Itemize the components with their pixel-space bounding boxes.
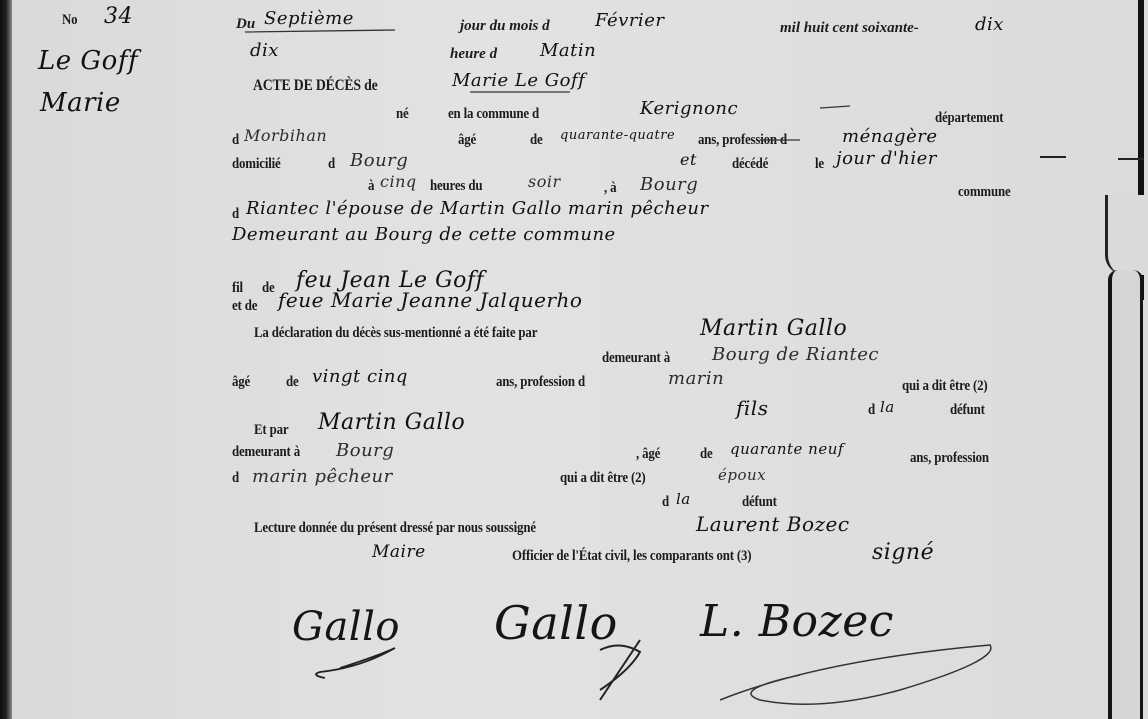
register-page: No 34 Le Goff Marie Du Septième jour du … — [0, 0, 1148, 719]
signature-flourishes — [0, 0, 1148, 719]
